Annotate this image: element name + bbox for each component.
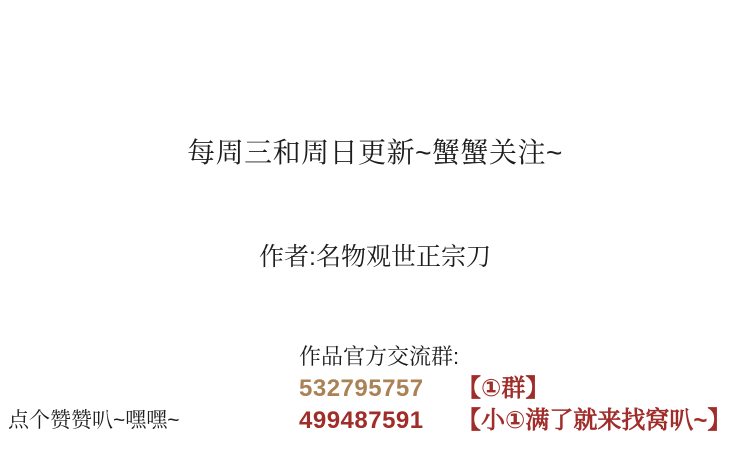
comic-end-page: 每周三和周日更新~蟹蟹关注~ 作者:名物观世正宗刀 作品官方交流群: 53279…: [0, 0, 750, 450]
update-schedule-title: 每周三和周日更新~蟹蟹关注~: [0, 137, 750, 169]
group-label: 【①群】: [457, 374, 549, 404]
group-number: 499487591: [299, 406, 457, 436]
group-number: 532795757: [299, 374, 457, 404]
like-request-note: 点个赞赞叭~嘿嘿~: [8, 408, 180, 434]
group-row: 532795757【①群】: [299, 374, 731, 406]
group-label: 【小①满了就来找窝叭~】: [457, 406, 731, 436]
group-section-heading: 作品官方交流群:: [299, 342, 731, 374]
author-line: 作者:名物观世正宗刀: [0, 244, 750, 270]
official-group-section: 作品官方交流群: 532795757【①群】 499487591【小①满了就来找…: [299, 342, 731, 438]
group-row: 499487591【小①满了就来找窝叭~】: [299, 406, 731, 438]
